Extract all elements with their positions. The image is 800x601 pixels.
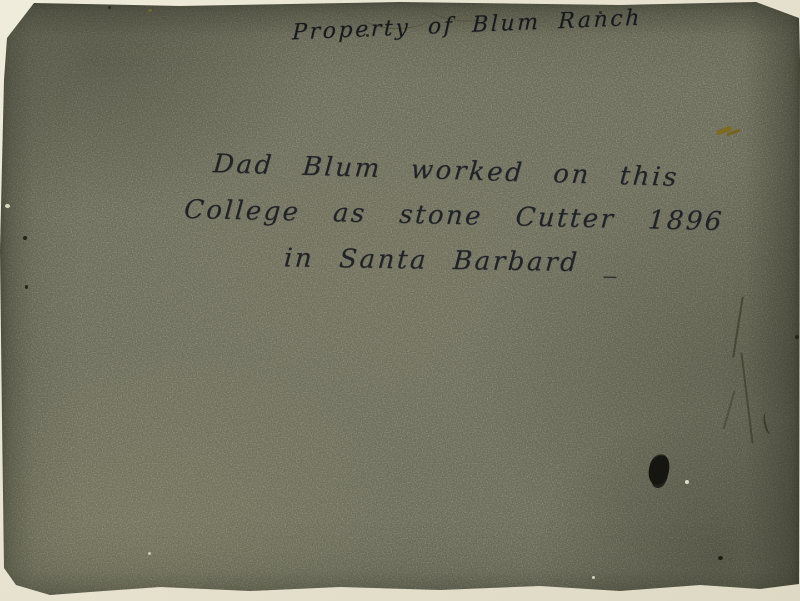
photo-verso-card: Property of Blum Ranch Dad Blum worked o… bbox=[0, 0, 800, 601]
scanner-background: Property of Blum Ranch Dad Blum worked o… bbox=[0, 0, 800, 601]
paper-grain-texture bbox=[0, 0, 800, 601]
note-line-3: in Santa Barbard _ bbox=[283, 243, 621, 278]
